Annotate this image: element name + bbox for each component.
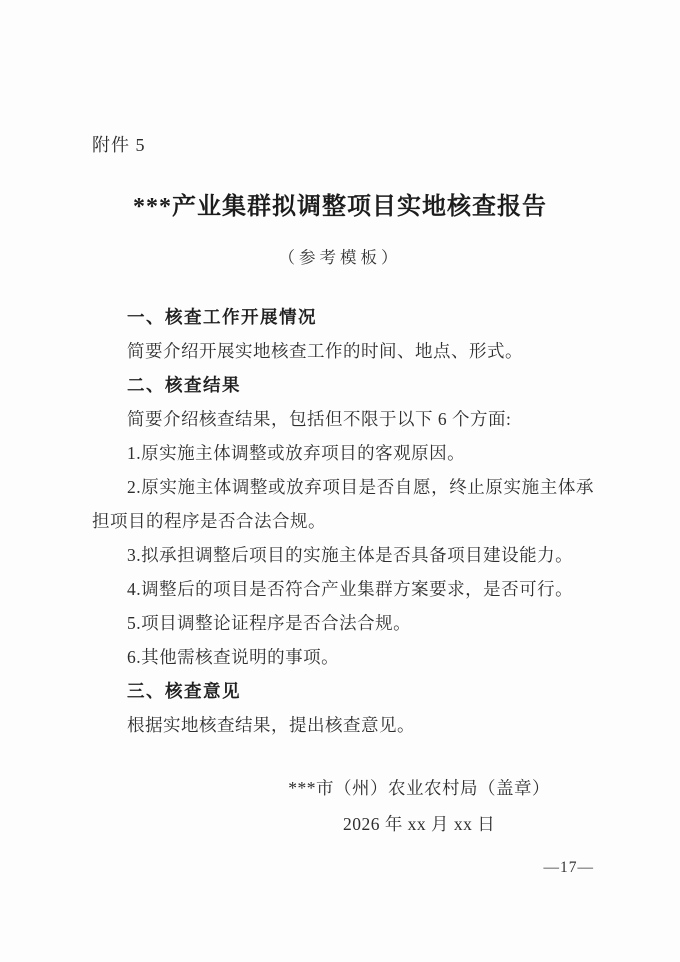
section-2-item-3: 3.拟承担调整后项目的实施主体是否具备项目建设能力。 bbox=[92, 538, 594, 572]
section-2-intro: 简要介绍核查结果，包括但不限于以下 6 个方面: bbox=[92, 402, 594, 436]
signature-block: ***市（州）农业农村局（盖章） 2026 年 xx 月 xx 日 bbox=[288, 770, 550, 842]
section-1-paragraph: 简要介绍开展实地核查工作的时间、地点、形式。 bbox=[92, 334, 594, 368]
document-subtitle: （参考模板） bbox=[0, 244, 680, 268]
section-2-item-2: 2.原实施主体调整或放弃项目是否自愿，终止原实施主体承担项目的程序是否合法合规。 bbox=[92, 470, 594, 538]
page-number: —17— bbox=[544, 859, 595, 877]
section-2-item-6: 6.其他需核查说明的事项。 bbox=[92, 640, 594, 674]
document-body: 一、核查工作开展情况 简要介绍开展实地核查工作的时间、地点、形式。 二、核查结果… bbox=[92, 300, 594, 742]
section-heading-1: 一、核查工作开展情况 bbox=[92, 300, 594, 334]
section-2-item-5: 5.项目调整论证程序是否合法合规。 bbox=[92, 606, 594, 640]
attachment-label: 附件 5 bbox=[92, 131, 146, 157]
document-page: 附件 5 ***产业集群拟调整项目实地核查报告 （参考模板） 一、核查工作开展情… bbox=[0, 0, 680, 962]
section-2-item-4: 4.调整后的项目是否符合产业集群方案要求，是否可行。 bbox=[92, 572, 594, 606]
section-2-item-1: 1.原实施主体调整或放弃项目的客观原因。 bbox=[92, 436, 594, 470]
signature-date: 2026 年 xx 月 xx 日 bbox=[288, 806, 550, 842]
document-title: ***产业集群拟调整项目实地核查报告 bbox=[0, 191, 680, 223]
section-heading-2: 二、核查结果 bbox=[92, 368, 594, 402]
section-3-paragraph: 根据实地核查结果，提出核查意见。 bbox=[92, 708, 594, 742]
section-heading-3: 三、核查意见 bbox=[92, 674, 594, 708]
signature-org: ***市（州）农业农村局（盖章） bbox=[288, 770, 550, 806]
